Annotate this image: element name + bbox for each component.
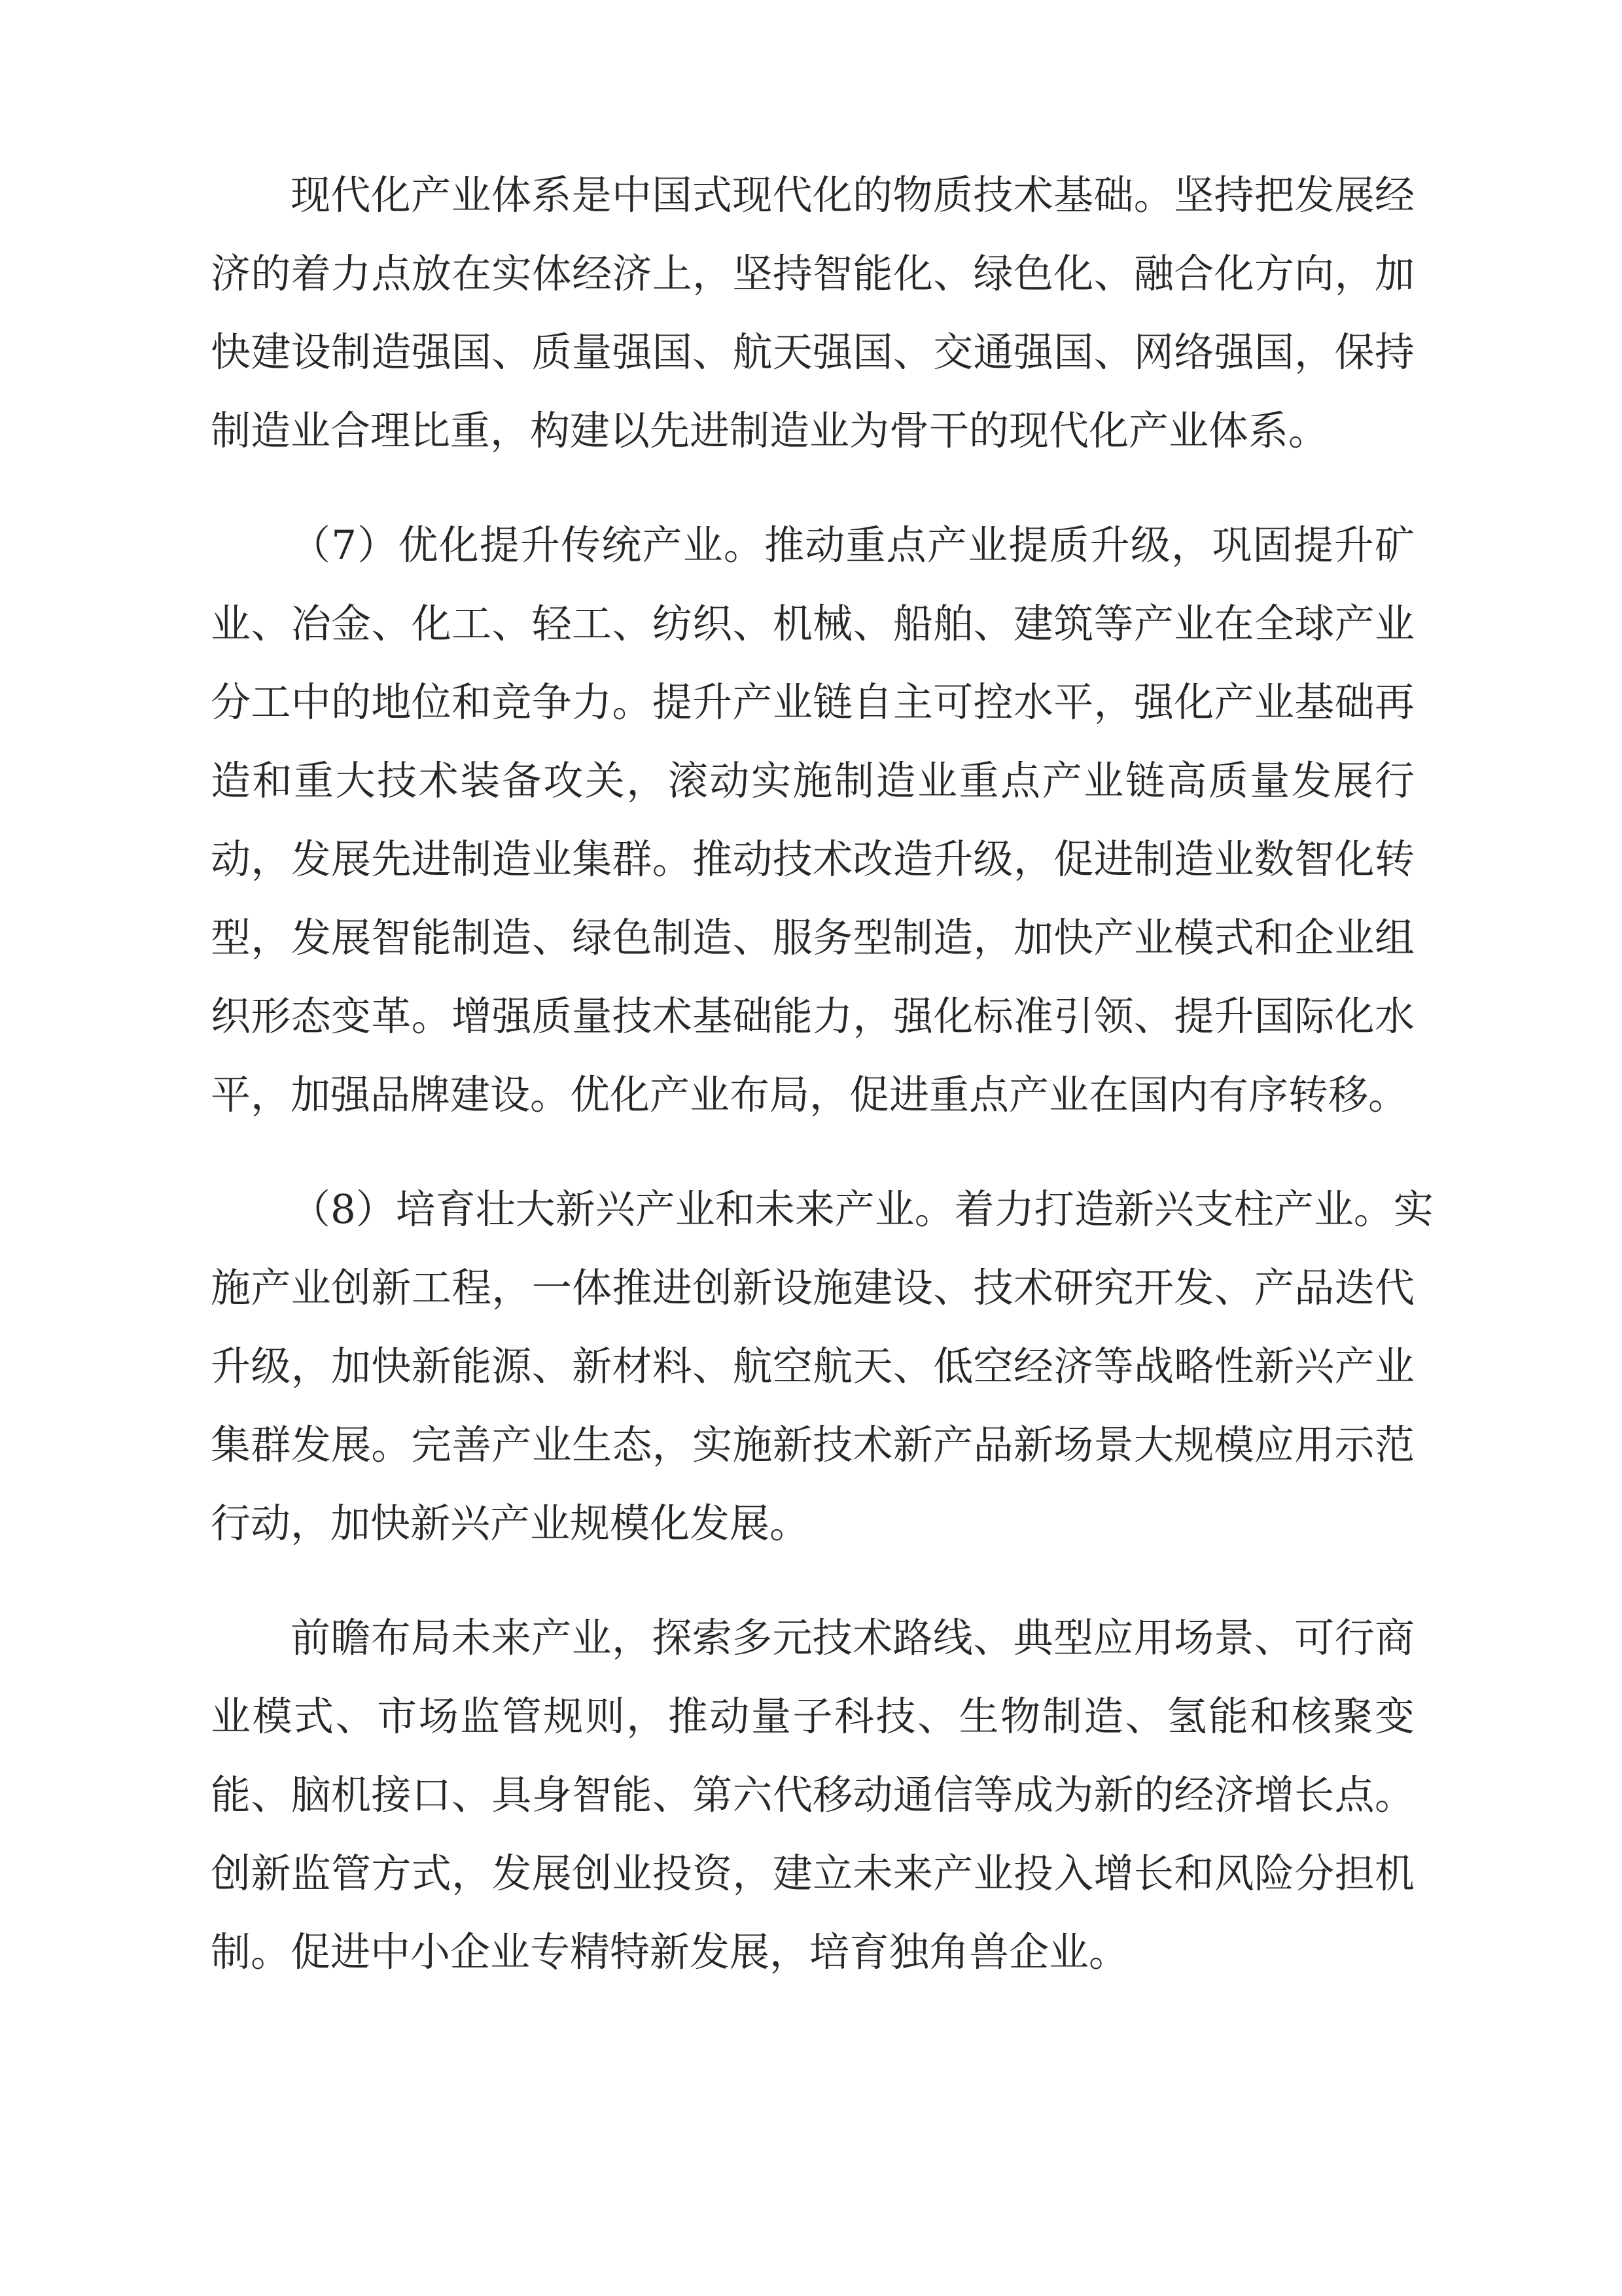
text-line: 分工中的地位和竞争力。提升产业链自主可控水平，强化产业基础再 bbox=[211, 663, 1415, 742]
text-line: 施产业创新工程，一体推进创新设施建设、技术研究开发、产品迭代 bbox=[211, 1249, 1415, 1328]
text-line: 制造业合理比重，构建以先进制造业为骨干的现代化产业体系。 bbox=[211, 392, 1415, 470]
paragraph-8-emerging-industries: （8）培育壮大新兴产业和未来产业。着力打造新兴支柱产业。实 施产业创新工程，一体… bbox=[211, 1171, 1415, 1563]
text-line: 升级，加快新能源、新材料、航空航天、低空经济等战略性新兴产业 bbox=[211, 1328, 1415, 1406]
text-line: 能、脑机接口、具身智能、第六代移动通信等成为新的经济增长点。 bbox=[211, 1756, 1415, 1835]
paragraph-modern-industrial-system: 现代化产业体系是中国式现代化的物质技术基础。坚持把发展经 济的着力点放在实体经济… bbox=[211, 156, 1415, 470]
text-line: 集群发展。完善产业生态，实施新技术新产品新场景大规模应用示范 bbox=[211, 1406, 1415, 1485]
paragraph-future-industries: 前瞻布局未来产业，探索多元技术路线、典型应用场景、可行商 业模式、市场监管规则，… bbox=[211, 1599, 1415, 1992]
text-line: 动，发展先进制造业集群。推动技术改造升级，促进制造业数智化转 bbox=[211, 821, 1415, 899]
text-line: 型，发展智能制造、绿色制造、服务型制造，加快产业模式和企业组 bbox=[211, 899, 1415, 978]
text-line: （7）优化提升传统产业。推动重点产业提质升级，巩固提升矿 bbox=[211, 506, 1415, 585]
text-line: 济的着力点放在实体经济上，坚持智能化、绿色化、融合化方向，加 bbox=[211, 235, 1415, 313]
text-line: 业模式、市场监管规则，推动量子科技、生物制造、氢能和核聚变 bbox=[211, 1678, 1415, 1756]
paragraph-7-traditional-industries: （7）优化提升传统产业。推动重点产业提质升级，巩固提升矿 业、冶金、化工、轻工、… bbox=[211, 506, 1415, 1135]
text-line: 创新监管方式，发展创业投资，建立未来产业投入增长和风险分担机 bbox=[211, 1835, 1415, 1913]
document-page: 现代化产业体系是中国式现代化的物质技术基础。坚持把发展经 济的着力点放在实体经济… bbox=[0, 0, 1622, 2296]
text-line: 制。促进中小企业专精特新发展，培育独角兽企业。 bbox=[211, 1913, 1415, 1992]
text-line: 平，加强品牌建设。优化产业布局，促进重点产业在国内有序转移。 bbox=[211, 1056, 1415, 1135]
text-line: （8）培育壮大新兴产业和未来产业。着力打造新兴支柱产业。实 bbox=[211, 1171, 1415, 1249]
text-line: 现代化产业体系是中国式现代化的物质技术基础。坚持把发展经 bbox=[211, 156, 1415, 235]
text-line: 快建设制造强国、质量强国、航天强国、交通强国、网络强国，保持 bbox=[211, 313, 1415, 392]
body-text: 现代化产业体系是中国式现代化的物质技术基础。坚持把发展经 济的着力点放在实体经济… bbox=[211, 156, 1415, 2028]
text-line: 造和重大技术装备攻关，滚动实施制造业重点产业链高质量发展行 bbox=[211, 742, 1415, 821]
text-line: 行动，加快新兴产业规模化发展。 bbox=[211, 1485, 1415, 1563]
text-line: 前瞻布局未来产业，探索多元技术路线、典型应用场景、可行商 bbox=[211, 1599, 1415, 1678]
text-line: 业、冶金、化工、轻工、纺织、机械、船舶、建筑等产业在全球产业 bbox=[211, 585, 1415, 663]
text-line: 织形态变革。增强质量技术基础能力，强化标准引领、提升国际化水 bbox=[211, 978, 1415, 1056]
